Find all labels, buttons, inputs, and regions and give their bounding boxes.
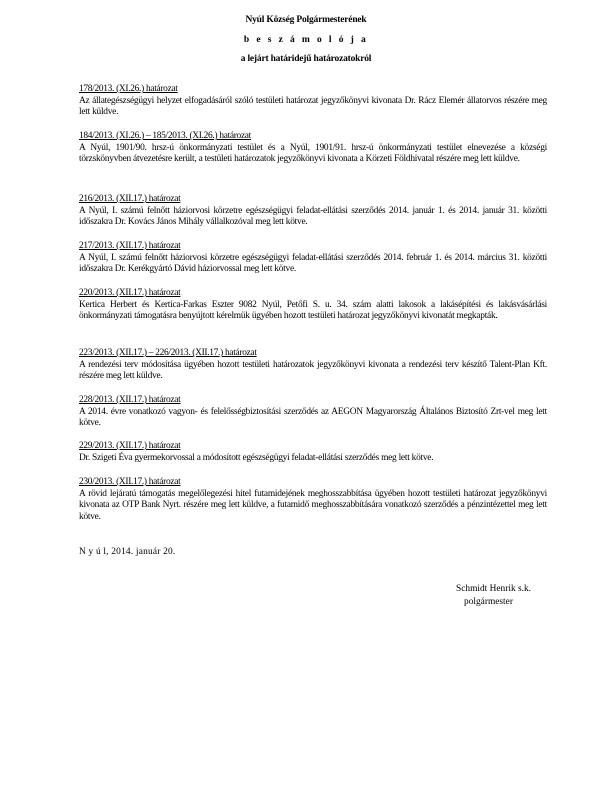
resolution-text: A Nyúl, 1901/90. hrsz-ú önkormányzati te… bbox=[79, 143, 547, 166]
resolution-section: 184/2013. (XI.26.) – 185/2013. (XI.26.) … bbox=[79, 131, 547, 166]
resolution-section: 228/2013. (XII.17.) határozat A 2014. év… bbox=[79, 395, 547, 430]
resolution-heading: 184/2013. (XI.26.) – 185/2013. (XI.26.) … bbox=[79, 131, 547, 143]
document-page: Nyúl Község Polgármesterének b e s z á m… bbox=[0, 0, 612, 792]
document-title-line-2: b e s z á m o l ó j a bbox=[0, 35, 612, 45]
date-line: N y ú l, 2014. január 20. bbox=[79, 547, 175, 557]
resolution-section: 230/2013. (XII.17.) határozat A rövid le… bbox=[79, 477, 547, 523]
resolution-section: 220/2013. (XII.17.) határozat Kertica He… bbox=[79, 288, 547, 323]
resolution-heading: 220/2013. (XII.17.) határozat bbox=[79, 288, 547, 300]
resolution-text: A Nyúl, I. számú felnőtt háziorvosi körz… bbox=[79, 253, 547, 276]
resolution-heading: 229/2013. (XII.17.) határozat bbox=[79, 441, 547, 453]
document-title-line-1: Nyúl Község Polgármesterének bbox=[0, 15, 612, 25]
resolution-heading: 228/2013. (XII.17.) határozat bbox=[79, 395, 547, 407]
resolution-section: 216/2013. (XII.17.) határozat A Nyúl, I.… bbox=[79, 194, 547, 229]
resolution-section: 223/2013. (XII.17.) – 226/2013. (XII.17.… bbox=[79, 348, 547, 383]
resolution-section: 229/2013. (XII.17.) határozat Dr. Sziget… bbox=[79, 441, 547, 464]
resolution-heading: 216/2013. (XII.17.) határozat bbox=[79, 194, 547, 206]
resolution-text: A Nyúl, I. számú felnőtt háziorvosi körz… bbox=[79, 206, 547, 229]
resolution-text: Dr. Szigeti Éva gyermekorvossal a módosí… bbox=[79, 453, 547, 465]
signature-role: polgármester bbox=[456, 596, 531, 609]
resolution-heading: 217/2013. (XII.17.) határozat bbox=[79, 241, 547, 253]
resolution-section: 178/2013. (XI.26.) határozat Az állategé… bbox=[79, 84, 547, 119]
resolution-text: A 2014. évre vonatkozó vagyon- és felelő… bbox=[79, 407, 547, 430]
signature-block: Schmidt Henrik s.k. polgármester bbox=[456, 583, 531, 608]
resolution-heading: 230/2013. (XII.17.) határozat bbox=[79, 477, 547, 489]
resolution-text: A rövid lejáratú támogatás megelőlegezés… bbox=[79, 489, 547, 524]
resolution-text: Kertica Herbert és Kertica-Farkas Eszter… bbox=[79, 300, 547, 323]
resolution-section: 217/2013. (XII.17.) határozat A Nyúl, I.… bbox=[79, 241, 547, 276]
signature-name: Schmidt Henrik s.k. bbox=[456, 584, 531, 594]
resolution-text: A rendezési terv módosítása ügyében hozo… bbox=[79, 360, 547, 383]
resolution-heading: 223/2013. (XII.17.) – 226/2013. (XII.17.… bbox=[79, 348, 547, 360]
resolution-heading: 178/2013. (XI.26.) határozat bbox=[79, 84, 547, 96]
document-title-line-3: a lejárt határidejű határozatokról bbox=[0, 54, 612, 64]
resolution-text: Az állategészségügyi helyzet elfogadásár… bbox=[79, 96, 547, 119]
